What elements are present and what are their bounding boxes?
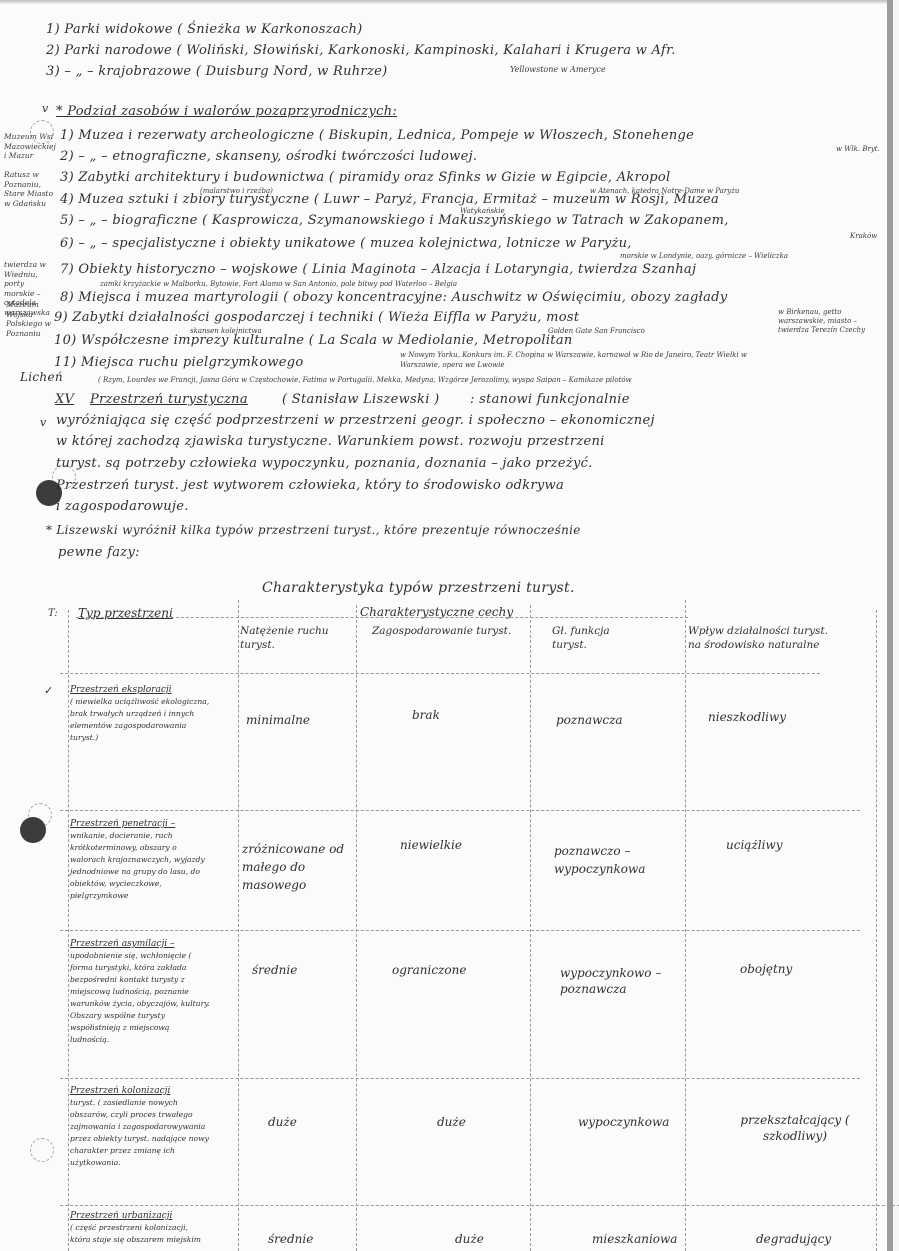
resource-item-4-note: (malarstwo i rzeźba) (200, 187, 273, 195)
resources-heading: * Podział zasobów i walorów pozaprzyrodn… (56, 104, 397, 119)
row-1-check-icon: ✓ (44, 684, 53, 697)
scan-top-edge (0, 0, 887, 4)
row-5-function: mieszkaniowa (592, 1232, 677, 1246)
resource-item-6: 6) – „ – specjalistyczne i obiekty unika… (60, 236, 632, 251)
resources-check: v (42, 102, 49, 115)
table-rule (238, 600, 239, 1251)
table-rule (60, 1078, 860, 1079)
resource-item-8: 8) Miejsca i muzea martyrologii ( obozy … (60, 290, 727, 305)
row-4-function: wypoczynkowa (578, 1115, 669, 1129)
space-section-definition-start: : stanowi funkcjonalnie (470, 392, 630, 407)
resource-item-10: 10) Współczesne imprezy kulturalne ( La … (54, 333, 573, 348)
table-row-2-type: Przestrzeń penetracji – wnikanie, docier… (70, 818, 210, 902)
space-section-author: ( Stanisław Liszewski ) (282, 392, 439, 407)
margin-note-military-museum: Muzeum Wojska Polskiego w Poznaniu (6, 300, 52, 338)
row-2-intensity: zróżnicowane od małego do masowego (242, 840, 352, 894)
resource-item-9: 9) Zabytki działalności gospodarczej i t… (54, 310, 579, 325)
resource-item-6-note: Kraków (850, 232, 877, 240)
row-3-impact: obojętny (740, 962, 792, 976)
space-note-tail: pewne fazy: (58, 545, 140, 560)
table-rule (60, 1205, 899, 1206)
resource-item-8-note: w Birkenau, getto warszawskie, miasto – … (778, 308, 878, 335)
resource-item-4: 4) Muzea sztuki i zbiory turystyczne ( L… (60, 192, 719, 207)
table-col-function: Gł. funkcja turyst. (552, 624, 632, 652)
table-row-5-type: Przestrzeń urbanizacji ( część przestrze… (70, 1210, 210, 1246)
space-section-heading: Przestrzeń turystyczna (90, 392, 248, 407)
row-3-intensity: średnie (252, 963, 297, 977)
resource-item-6-note2: morskie w Londynie, oazy, górnicze – Wie… (620, 252, 788, 260)
row-3-function: wypoczynkowo – poznawcza (560, 965, 670, 997)
resource-item-11-note: ( Rzym, Lourdes we Francji, Jasna Góra w… (98, 375, 878, 385)
table-col-development: Zagospodarowanie turyst. (372, 624, 512, 638)
row-4-intensity: duże (268, 1115, 297, 1129)
table-row-4-type: Przestrzeń kolonizacji turyst. ( zasiedl… (70, 1085, 210, 1169)
resource-item-11: 11) Miejsca ruchu pielgrzymkowego (54, 355, 304, 370)
table-rule (60, 810, 860, 811)
space-section-number: XV (55, 392, 74, 407)
table-rule (76, 617, 688, 618)
space-line-3: turyst. są potrzeby człowieka wypoczynku… (56, 456, 593, 471)
top-list-item-2-note: Yellowstone w Ameryce (510, 65, 606, 74)
row-1-impact: nieszkodliwy (708, 710, 786, 724)
top-list-item-1: 1) Parki widokowe ( Śnieżka w Karkonosza… (46, 22, 363, 37)
resource-item-7-note: zamki krzyżackie w Malborku, Bytowie, Fo… (100, 280, 457, 288)
space-line-1: wyróżniająca się część podprzestrzeni w … (56, 413, 655, 428)
table-rule (876, 610, 877, 1251)
row-1-intensity: minimalne (246, 713, 310, 727)
row-3-development: ograniczone (392, 963, 466, 977)
row-4-impact: przekształcający ( szkodliwy) (735, 1112, 855, 1144)
resource-item-1: 1) Muzea i rezerwaty archeologiczne ( Bi… (60, 128, 694, 143)
table-rule (60, 930, 860, 931)
margin-note-ratusz: Ratusz w Poznaniu, Stare Miasto w Gdańsk… (4, 170, 54, 208)
resource-item-7: 7) Obiekty historyczno – wojskowe ( Lini… (60, 262, 696, 277)
resource-item-lichen: Licheń (20, 370, 63, 384)
notebook-page: 1) Parki widokowe ( Śnieżka w Karkonosza… (0, 0, 893, 1251)
row-1-function: poznawcza (556, 713, 623, 727)
space-line-4: Przestrzeń turyst. jest wytworem człowie… (56, 478, 564, 493)
table-title: Charakterystyka typów przestrzeni turyst… (262, 580, 575, 596)
table-row-3-type: Przestrzeń asymilacji – upodobnienie się… (70, 938, 210, 1046)
punch-hole-ghost-icon (30, 1138, 54, 1162)
margin-note-museum: Muzeum Wsi Mazowieckiej i Mazur (4, 132, 54, 161)
space-note-heading: * Liszewski wyróżnił kilka typów przestr… (46, 523, 581, 537)
row-4-development: duże (437, 1115, 466, 1129)
resource-item-2: 2) – „ – etnograficzne, skanseny, ośrodk… (60, 149, 477, 164)
table-rule (68, 610, 69, 1251)
row-5-impact: degradujący (756, 1232, 831, 1246)
table-rule (685, 600, 686, 1251)
space-line-2: w której zachodzą zjawiska turystyczne. … (56, 434, 605, 449)
row-5-intensity: średnie (268, 1232, 313, 1246)
table-rule (356, 605, 357, 1251)
resource-item-5: 5) – „ – biograficzne ( Kasprowicza, Szy… (60, 213, 729, 228)
table-col-impact: Wpływ działalności turyst. na środowisko… (688, 624, 838, 652)
resource-item-10-note: w Nowym Yorku, Konkurs im. F. Chopina w … (400, 350, 780, 370)
table-row-1-type: Przestrzeń eksploracji ( niewielka uciąż… (70, 684, 210, 744)
table-col-intensity: Natężenie ruchu turyst. (240, 624, 350, 652)
space-line-5: i zagospodarowuje. (56, 499, 189, 514)
resource-item-1-note: w Wlk. Bryt. (836, 145, 880, 153)
table-rule (530, 605, 531, 1251)
top-list-item-3: 3) – „ – krajobrazowe ( Duisburg Nord, w… (46, 64, 387, 79)
table-rule (60, 673, 820, 674)
row-1-development: brak (412, 708, 440, 722)
top-list-item-2: 2) Parki narodowe ( Woliński, Słowiński,… (46, 43, 676, 58)
row-2-function: poznawczo – wypoczynkowa (554, 842, 664, 878)
row-2-impact: uciążliwy (726, 838, 783, 852)
row-2-development: niewielkie (400, 838, 462, 852)
resource-item-3: 3) Zabytki architektury i budownictwa ( … (60, 170, 670, 185)
table-margin-label: T: (48, 608, 58, 619)
space-check: v (40, 416, 47, 429)
row-5-development: duże (455, 1232, 484, 1246)
punch-hole-icon (20, 817, 46, 843)
